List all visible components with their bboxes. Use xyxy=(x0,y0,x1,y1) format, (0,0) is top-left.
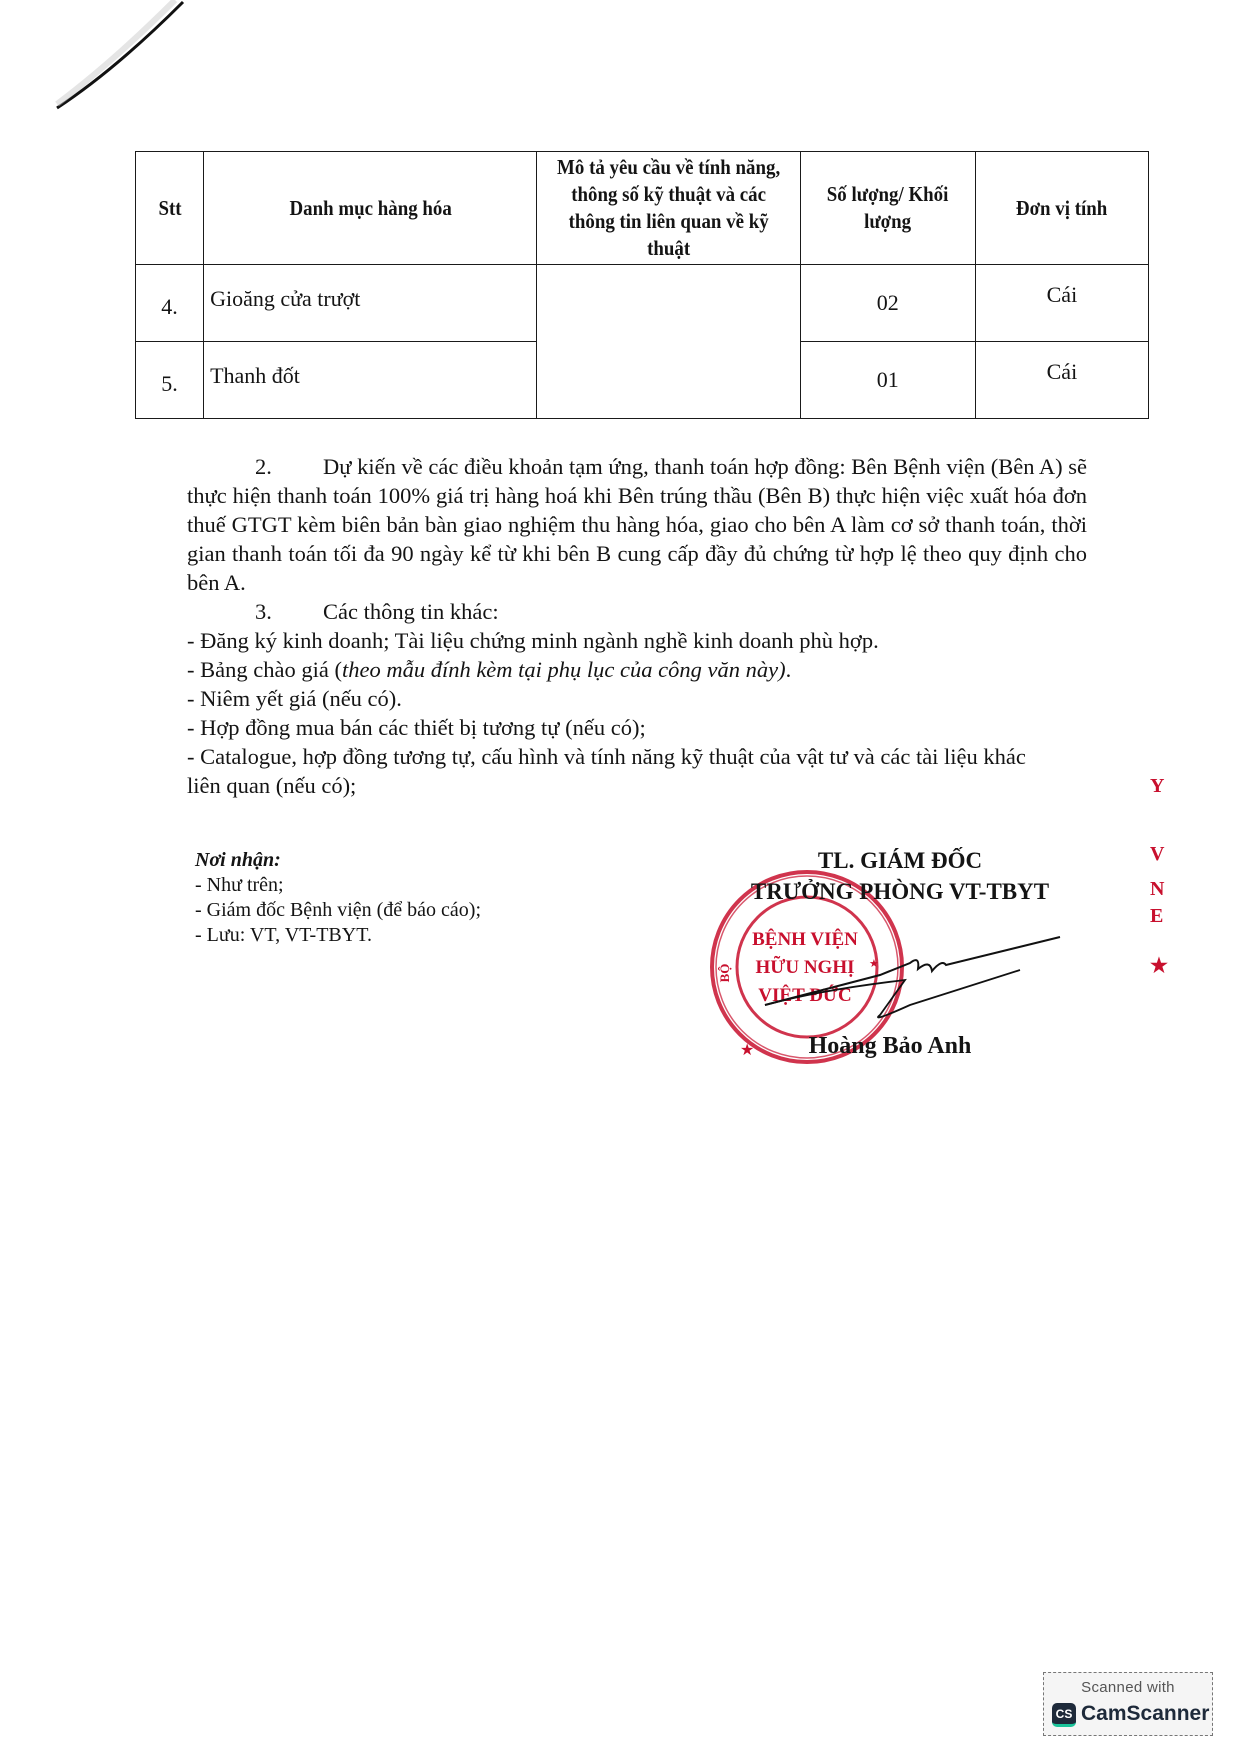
table-header-row: Stt Danh mục hàng hóa Mô tả yêu cầu về t… xyxy=(136,152,1149,265)
payment-terms-paragraph: 2.Dự kiến về các điều khoản tạm ứng, tha… xyxy=(187,452,1087,597)
camscanner-logo-icon: CS xyxy=(1052,1703,1076,1727)
signature-title: TL. GIÁM ĐỐC TRƯỞNG PHÒNG VT-TBYT xyxy=(720,845,1080,907)
list-item: liên quan (nếu có); xyxy=(187,771,1087,800)
header-quantity: Số lượng/ Khối lượng xyxy=(809,152,967,265)
watermark-caption: Scanned with xyxy=(1044,1679,1212,1696)
scan-edge-mark xyxy=(55,0,195,110)
recipient-item: - Lưu: VT, VT-TBYT. xyxy=(195,923,481,948)
handwritten-signature xyxy=(760,935,1070,1025)
list-item: - Niêm yết giá (nếu có). xyxy=(187,684,1087,713)
signature-line-2: TRƯỞNG PHÒNG VT-TBYT xyxy=(720,876,1080,907)
recipients-title: Nơi nhận: xyxy=(195,848,481,873)
header-unit: Đơn vị tính xyxy=(984,152,1140,265)
row-quantity: 02 xyxy=(800,265,975,342)
list-item: - Bảng chào giá (theo mẫu đính kèm tại p… xyxy=(187,655,1087,684)
signer-name: Hoàng Bảo Anh xyxy=(720,1033,1060,1060)
list-item: - Đăng ký kinh doanh; Tài liệu chứng min… xyxy=(187,626,1087,655)
svg-text:BỘ: BỘ xyxy=(717,964,732,983)
header-stt: Stt xyxy=(139,152,200,265)
edge-stamp-fragment: Y V N E ★ xyxy=(1150,775,1180,990)
other-info-section: 3.Các thông tin khác: - Đăng ký kinh doa… xyxy=(187,597,1087,800)
recipient-item: - Như trên; xyxy=(195,873,481,898)
row-name: Thanh đốt xyxy=(204,342,537,419)
recipient-item: - Giám đốc Bệnh viện (để báo cáo); xyxy=(195,898,481,923)
header-description: Mô tả yêu cầu về tính năng, thông số kỹ … xyxy=(550,152,787,265)
section-2-number: 2. xyxy=(255,452,323,481)
row-unit: Cái xyxy=(975,265,1148,342)
table-row: 4. Gioăng cửa trượt 02 Cái xyxy=(136,265,1149,342)
watermark-brand: CamScanner xyxy=(1081,1702,1209,1726)
section-3-heading: 3.Các thông tin khác: xyxy=(187,597,1087,626)
signature-line-1: TL. GIÁM ĐỐC xyxy=(720,845,1080,876)
list-item: - Hợp đồng mua bán các thiết bị tương tự… xyxy=(187,713,1087,742)
header-name: Danh mục hàng hóa xyxy=(220,152,520,265)
row-stt: 4. xyxy=(136,265,204,342)
row-quantity: 01 xyxy=(800,342,975,419)
goods-table: Stt Danh mục hàng hóa Mô tả yêu cầu về t… xyxy=(135,151,1149,419)
list-item: - Catalogue, hợp đồng tương tự, cấu hình… xyxy=(187,742,1087,771)
row-unit: Cái xyxy=(975,342,1148,419)
row-stt: 5. xyxy=(136,342,204,419)
recipients-block: Nơi nhận: - Như trên; - Giám đốc Bệnh vi… xyxy=(195,848,481,948)
row-description xyxy=(537,265,800,419)
row-name: Gioăng cửa trượt xyxy=(204,265,537,342)
camscanner-watermark: Scanned with CS CamScanner xyxy=(1043,1672,1213,1736)
